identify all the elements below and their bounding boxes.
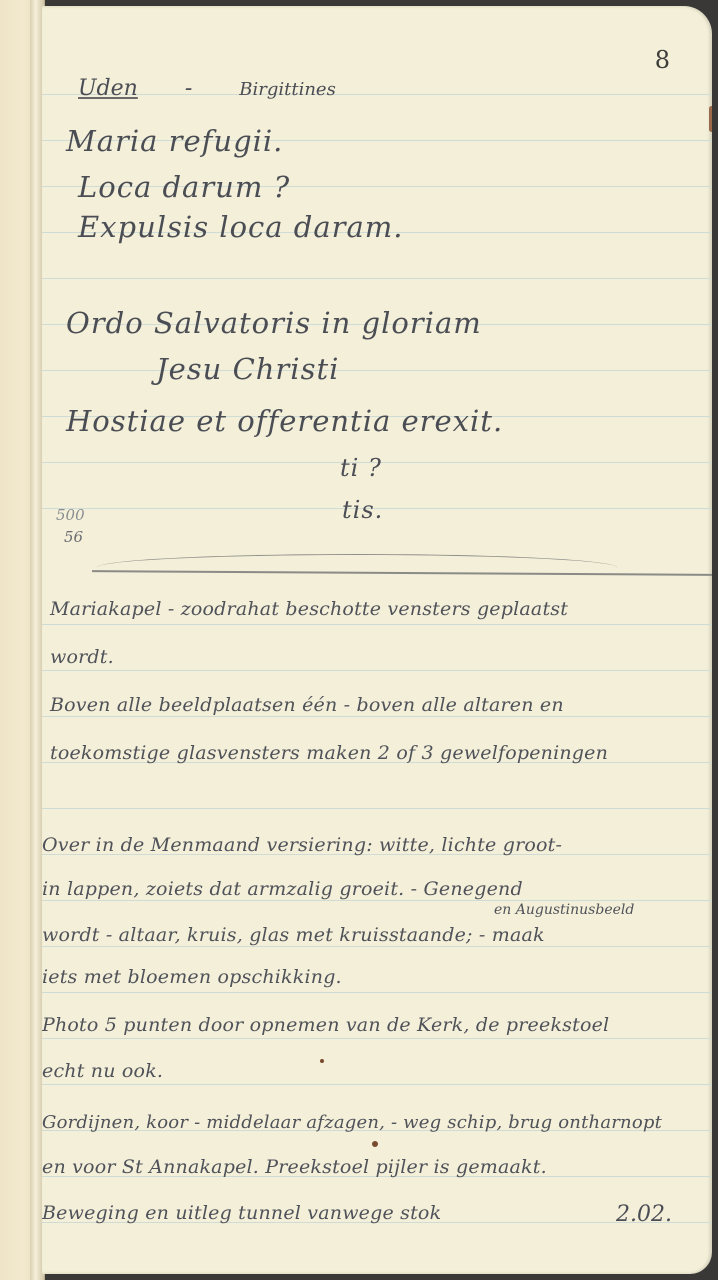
note-line-8: wordt - altaar, kruis, glas met kruissta… xyxy=(42,924,545,946)
note-line-6: Over in de Menmaand versiering: witte, l… xyxy=(42,834,562,856)
insert-above-line: en Augustinusbeeld xyxy=(494,902,634,918)
margin-number-2: 56 xyxy=(64,528,83,546)
edge-stain xyxy=(709,106,712,132)
inscription-line-3: Hostiae et offerentia erexit. xyxy=(66,404,503,438)
ruled-line xyxy=(42,992,712,993)
note-line-10: Photo 5 punten door opnemen van de Kerk,… xyxy=(42,1014,609,1036)
notebook-page: 8 Uden - Birgittines Maria refugii. Loca… xyxy=(42,6,712,1274)
ruled-line xyxy=(42,716,712,717)
ruled-line xyxy=(42,1084,712,1085)
note-line-1: Mariakapel - zoodrahat beschotte venster… xyxy=(50,598,568,620)
note-line-3: Boven alle beeldplaatsen één - boven all… xyxy=(50,694,564,716)
latin-line-3: Expulsis loca daram. xyxy=(78,210,404,244)
correction-1: ti ? xyxy=(340,454,382,482)
note-line-12: Gordijnen, koor - middelaar afzagen, - w… xyxy=(42,1112,662,1133)
ruled-line xyxy=(42,900,712,901)
header-separator: - xyxy=(185,76,192,101)
inscription-line-1: Ordo Salvatoris in gloriam xyxy=(66,306,482,340)
note-line-14: Beweging en uitleg tunnel vanwege stok xyxy=(42,1202,441,1224)
inscription-line-2: Jesu Christi xyxy=(156,352,339,386)
ruled-line xyxy=(42,1038,712,1039)
ink-spot xyxy=(320,1059,324,1063)
header-subject: Birgittines xyxy=(239,79,336,100)
latin-line-2: Loca darum ? xyxy=(78,170,290,204)
ruled-line xyxy=(42,278,712,279)
ruled-line xyxy=(42,808,712,809)
note-line-9: iets met bloemen opschikking. xyxy=(42,966,342,988)
header-place: Uden xyxy=(78,76,138,101)
note-line-2: wordt. xyxy=(50,646,114,668)
pencil-curve xyxy=(97,554,617,581)
ruled-line xyxy=(42,624,712,625)
note-line-13: en voor St Annakapel. Preekstoel pijler … xyxy=(42,1156,547,1178)
ruled-line xyxy=(42,370,712,371)
note-line-7: in lappen, zoiets dat armzalig groeit. -… xyxy=(42,878,523,900)
note-line-11: echt nu ook. xyxy=(42,1060,163,1082)
ruled-line xyxy=(42,670,712,671)
ruled-line xyxy=(42,946,712,947)
ink-spot xyxy=(372,1141,378,1147)
margin-number-1: 500 xyxy=(56,506,85,524)
page-number: 8 xyxy=(655,46,670,74)
header-line: Uden - Birgittines xyxy=(78,76,336,101)
note-line-4: toekomstige glasvensters maken 2 of 3 ge… xyxy=(50,742,608,764)
amount: 2.02. xyxy=(616,1202,672,1227)
latin-line-1: Maria refugii. xyxy=(66,124,283,158)
correction-2: tis. xyxy=(342,496,383,524)
